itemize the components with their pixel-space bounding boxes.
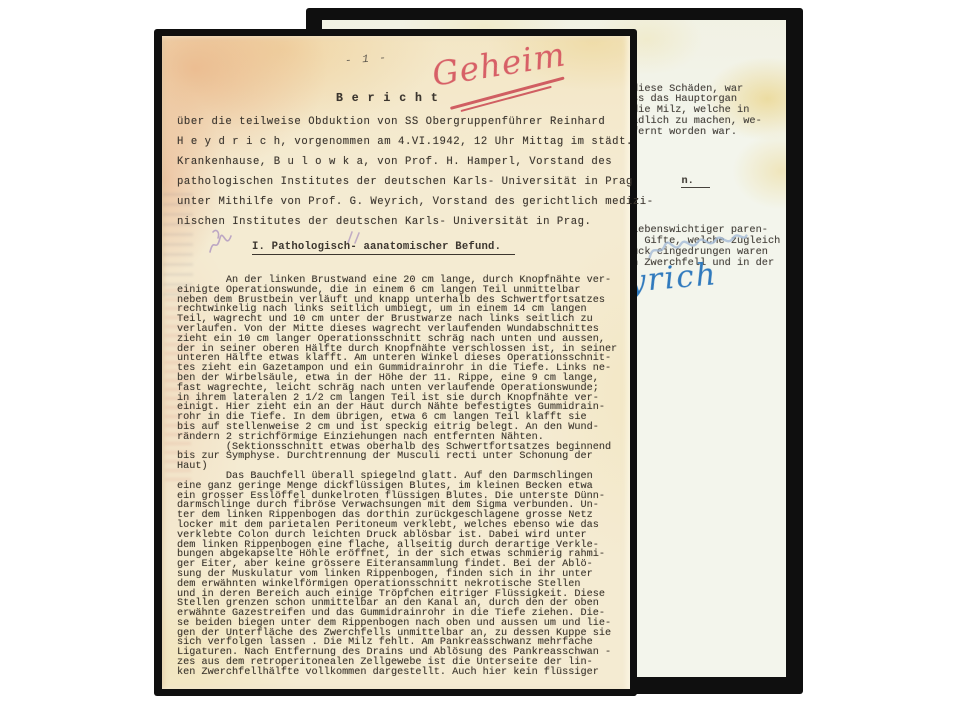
text-line: bis zur Symphyse. Durchtrennung der Musc… (177, 452, 629, 462)
back-heading-fragment: n. (632, 159, 780, 203)
secret-stamp: Geheim (429, 33, 578, 124)
text-line: unter Mithilfe von Prof. G. Weyrich, Vor… (177, 192, 654, 212)
report-body: An der linken Brustwand eine 20 cm lange… (177, 276, 629, 678)
report-title: B e r i c h t (336, 92, 439, 105)
scanned-document-scene: diese Schäden, warss das Hauptorgandie M… (0, 0, 957, 701)
text-line: fernt worden war. (632, 127, 780, 138)
stamp-underline (460, 86, 551, 112)
back-heading-fragment-text: n. (681, 176, 709, 188)
section-heading: I. Pathologisch- aanatomischer Befund. (252, 241, 515, 255)
text-line: über die teilweise Obduktion von SS Ober… (177, 112, 654, 132)
back-fragments-top: diese Schäden, warss das Hauptorgandie M… (632, 84, 780, 138)
text-line: nischen Institutes der deutschen Karls- … (177, 212, 654, 232)
ink-signature: yrich (627, 256, 719, 300)
text-line: Krankenhause, B u l o w k a, von Prof. H… (177, 152, 654, 172)
text-line: ken Zwerchfellhälfte vollkommen dargeste… (177, 668, 629, 678)
page-number: - 1 - (345, 53, 389, 68)
text-line: H e y d r i c h, vorgenommen am 4.VI.194… (177, 132, 654, 152)
report-header: über die teilweise Obduktion von SS Ober… (177, 112, 654, 232)
secret-stamp-handwriting: Geheim (429, 33, 573, 93)
section-heading-text: I. Pathologisch- aanatomischer Befund. (252, 241, 515, 255)
text-line: pathologischen Institutes der deutschen … (177, 172, 654, 192)
front-page: - 1 - Geheim B e r i c h t über die teil… (162, 36, 630, 689)
